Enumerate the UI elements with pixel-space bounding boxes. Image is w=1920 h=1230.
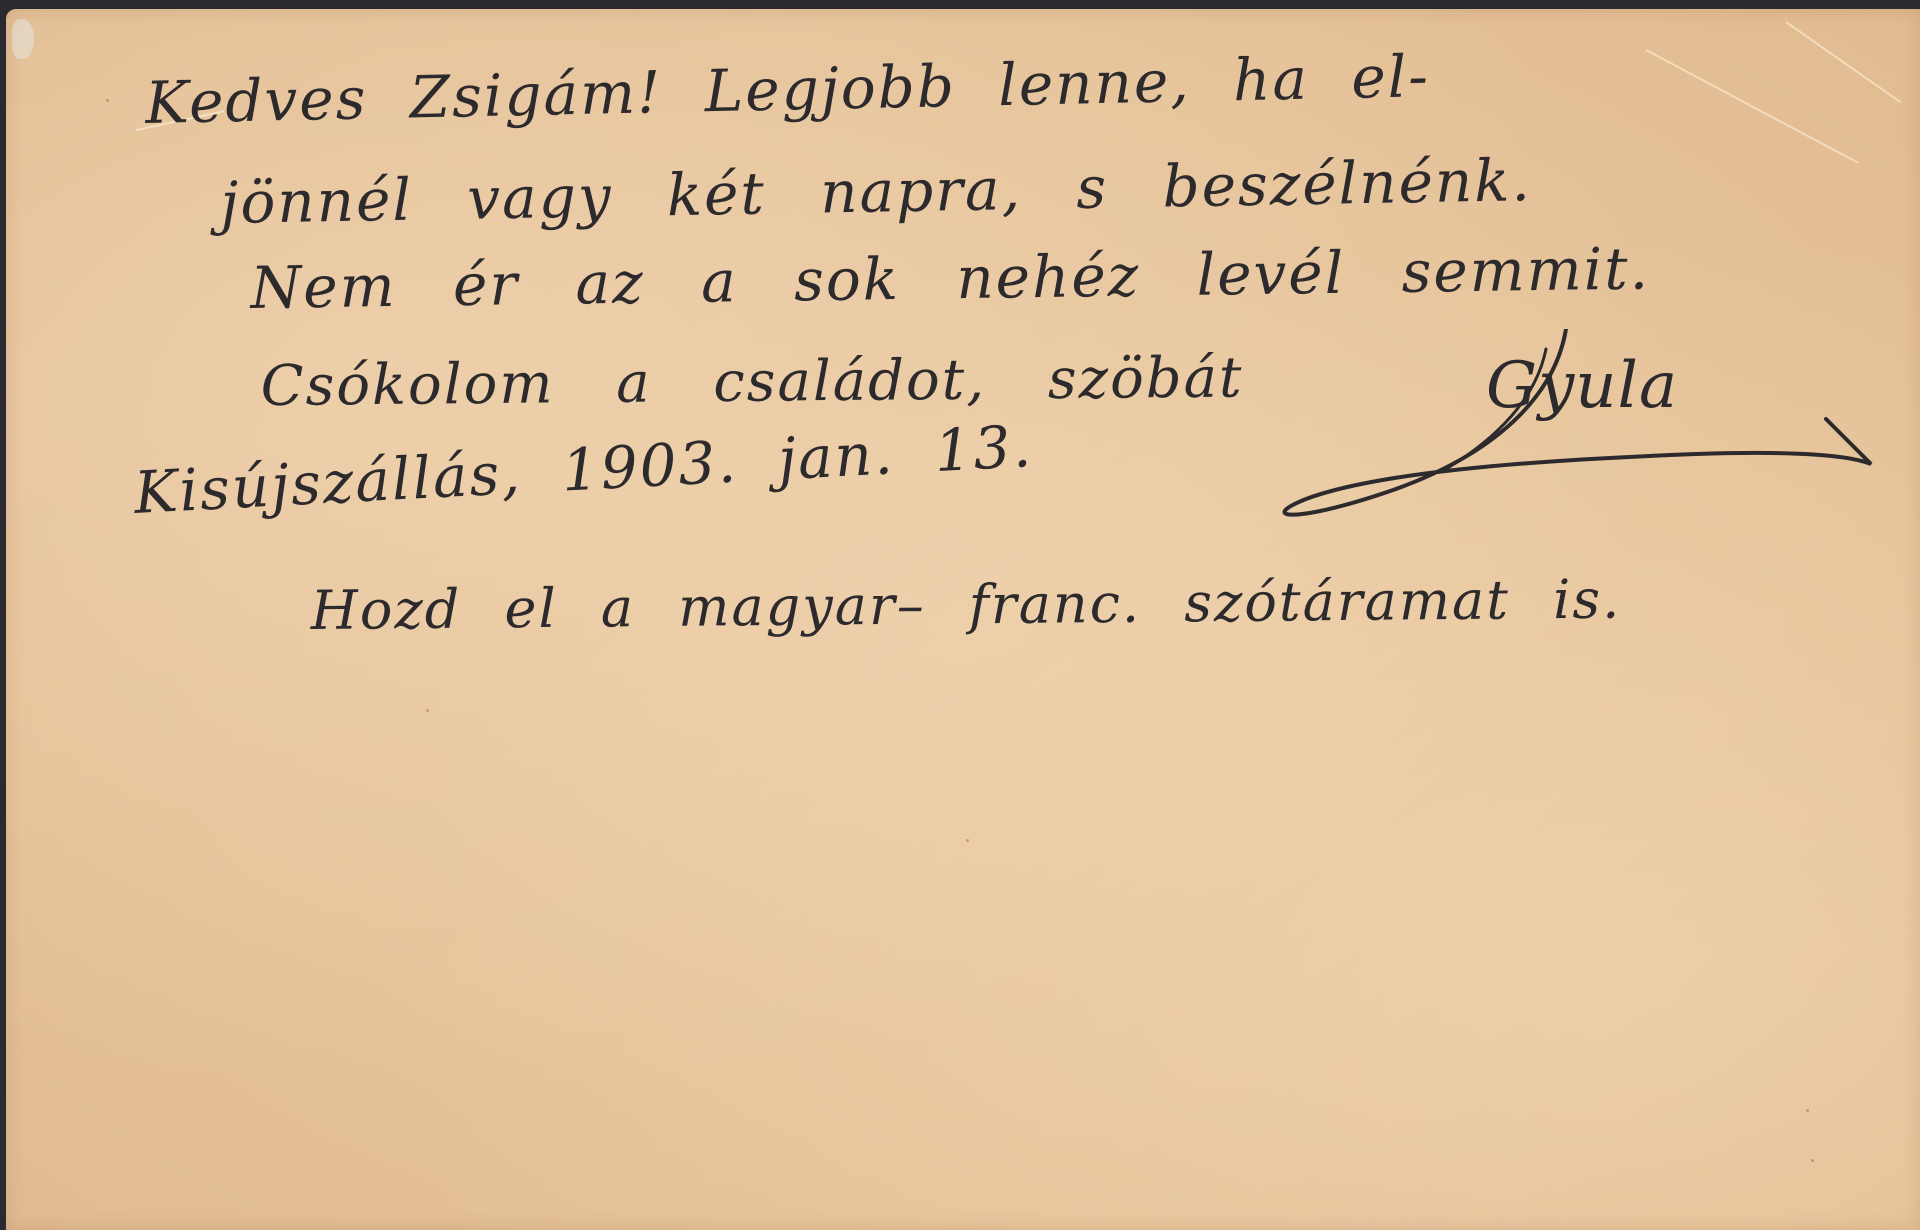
letter-postscript: Hozd el a magyar– franc. szótáramat is. xyxy=(310,568,1621,642)
postcard: Kedves Zsigám! Legjobb lenne, ha el- jön… xyxy=(6,9,1920,1230)
paper-crease xyxy=(1785,21,1901,103)
letter-place-date: Kisújszállás, 1903. jan. 13. xyxy=(132,412,1034,527)
paper-speck xyxy=(106,99,109,102)
letter-line-3: Nem ér az a sok nehéz levél semmit. xyxy=(250,234,1650,322)
paper-speck xyxy=(426,709,429,712)
worn-corner xyxy=(12,19,34,59)
letter-line-2: jönnél vagy két napra, s beszélnénk. xyxy=(220,146,1533,237)
paper-speck xyxy=(966,839,969,842)
letter-line-1: Kedves Zsigám! Legjobb lenne, ha el- xyxy=(145,42,1431,137)
letter-line-4: Csókolom a családot, szöbát xyxy=(260,345,1243,419)
signature-flourish xyxy=(1266,329,1886,529)
paper-speck xyxy=(1811,1159,1814,1162)
paper-speck xyxy=(1806,1109,1809,1112)
paper-crease xyxy=(1646,49,1859,163)
